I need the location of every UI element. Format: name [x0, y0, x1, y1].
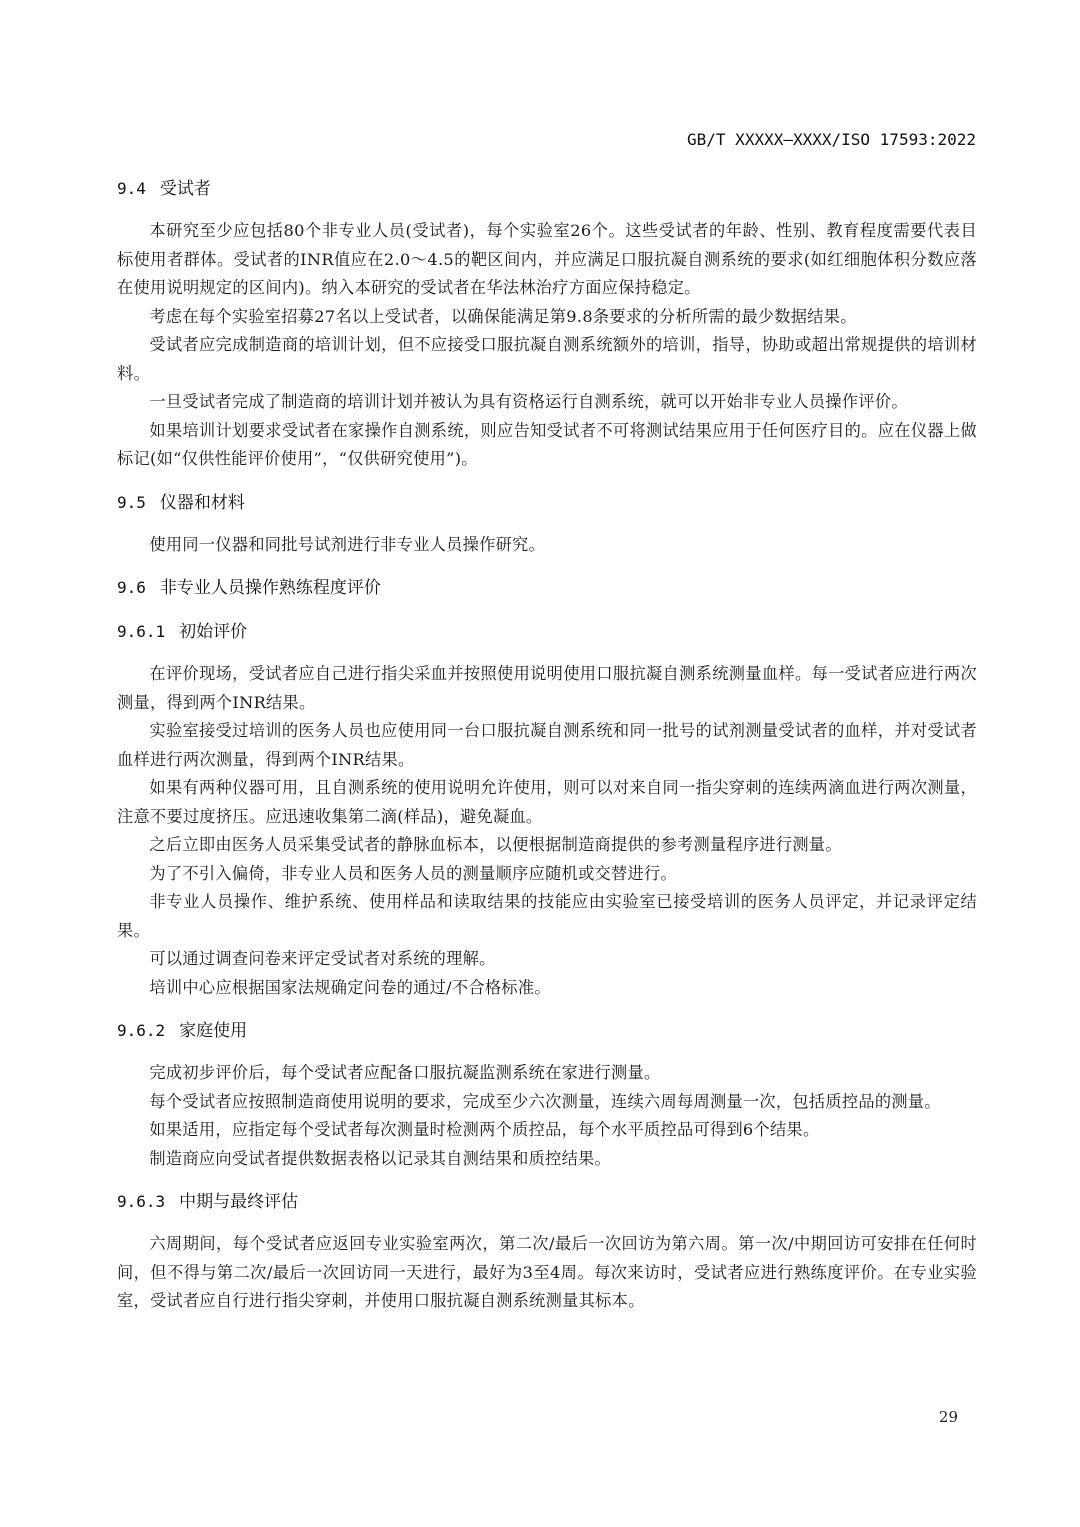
paragraph: 如果培训计划要求受试者在家操作自测系统，则应告知受试者不可将测试结果应用于任何医… [117, 417, 977, 474]
paragraph: 使用同一仪器和同批号试剂进行非专业人员操作研究。 [117, 531, 977, 560]
paragraph: 受试者应完成制造商的培训计划，但不应接受口服抗凝自测系统额外的培训，指导，协助或… [117, 331, 977, 388]
paragraph: 制造商应向受试者提供数据表格以记录其自测结果和质控结果。 [117, 1145, 977, 1174]
section-heading-9-6: 9.6非专业人员操作熟练程度评价 [117, 573, 977, 603]
paragraph: 实验室接受过培训的医务人员也应使用同一台口服抗凝自测系统和同一批号的试剂测量受试… [117, 717, 977, 774]
paragraph: 六周期间，每个受试者应返回专业实验室两次，第二次/最后一次回访为第六周。第一次/… [117, 1230, 977, 1316]
section-title: 仪器和材料 [160, 493, 245, 513]
document-page: GB/T XXXXX—XXXX/ISO 17593:2022 9.4受试者 本研… [0, 0, 1080, 1527]
section-number: 9.6 [117, 573, 146, 603]
section-title: 家庭使用 [179, 1021, 247, 1041]
document-id-header: GB/T XXXXX—XXXX/ISO 17593:2022 [687, 130, 976, 149]
paragraph: 可以通过调查问卷来评定受试者对系统的理解。 [117, 945, 977, 974]
paragraph: 考虑在每个实验室招募27名以上受试者，以确保能满足第9.8条要求的分析所需的最少… [117, 303, 977, 332]
paragraph: 完成初步评价后，每个受试者应配备口服抗凝监测系统在家进行测量。 [117, 1059, 977, 1088]
section-heading-9-6-1: 9.6.1初始评价 [117, 617, 977, 647]
paragraph: 本研究至少应包括80个非专业人员(受试者)，每个实验室26个。这些受试者的年龄、… [117, 217, 977, 303]
section-heading-9-6-2: 9.6.2家庭使用 [117, 1016, 977, 1046]
paragraph: 非专业人员操作、维护系统、使用样品和读取结果的技能应由实验室已接受培训的医务人员… [117, 888, 977, 945]
paragraph: 如果适用，应指定每个受试者每次测量时检测两个质控品，每个水平质控品可得到6个结果… [117, 1116, 977, 1145]
section-heading-9-5: 9.5仪器和材料 [117, 488, 977, 518]
section-heading-9-4: 9.4受试者 [117, 174, 977, 204]
paragraph: 在评价现场，受试者应自己进行指尖采血并按照使用说明使用口服抗凝自测系统测量血样。… [117, 660, 977, 717]
section-number: 9.6.2 [117, 1016, 165, 1046]
paragraph: 如果有两种仪器可用，且自测系统的使用说明允许使用，则可以对来自同一指尖穿刺的连续… [117, 774, 977, 831]
section-number: 9.4 [117, 174, 146, 204]
section-number: 9.6.3 [117, 1187, 165, 1217]
section-title: 初始评价 [179, 622, 247, 642]
paragraph: 之后立即由医务人员采集受试者的静脉血标本，以便根据制造商提供的参考测量程序进行测… [117, 831, 977, 860]
section-title: 受试者 [160, 179, 211, 199]
section-title: 中期与最终评估 [179, 1192, 298, 1212]
paragraph: 一旦受试者完成了制造商的培训计划并被认为具有资格运行自测系统，就可以开始非专业人… [117, 388, 977, 417]
paragraph: 每个受试者应按照制造商使用说明的要求，完成至少六次测量，连续六周每周测量一次，包… [117, 1088, 977, 1117]
paragraph: 为了不引入偏倚，非专业人员和医务人员的测量顺序应随机或交替进行。 [117, 860, 977, 889]
page-number: 29 [939, 1408, 958, 1426]
paragraph: 培训中心应根据国家法规确定问卷的通过/不合格标准。 [117, 974, 977, 1003]
document-body: 9.4受试者 本研究至少应包括80个非专业人员(受试者)，每个实验室26个。这些… [117, 174, 977, 1316]
section-number: 9.6.1 [117, 617, 165, 647]
section-title: 非专业人员操作熟练程度评价 [160, 578, 381, 598]
section-number: 9.5 [117, 488, 146, 518]
section-heading-9-6-3: 9.6.3中期与最终评估 [117, 1187, 977, 1217]
